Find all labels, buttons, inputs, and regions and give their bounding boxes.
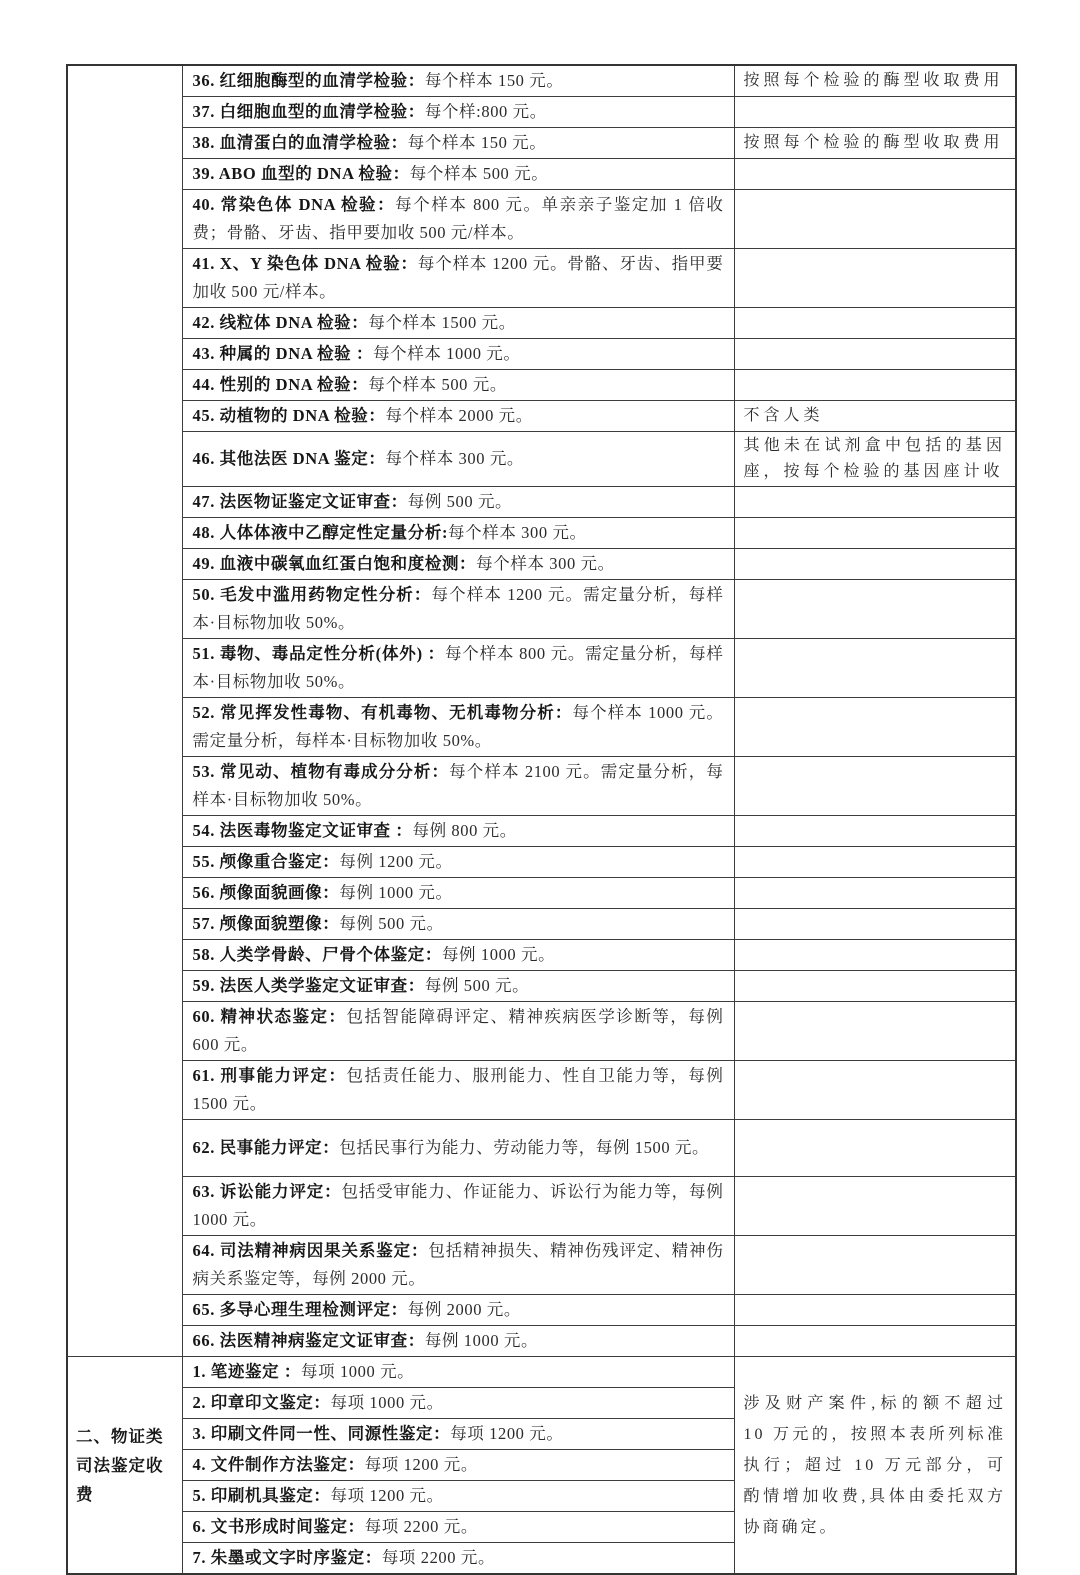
table-row: 48. 人体体液中乙醇定性定量分析:每个样本 300 元。 — [67, 518, 1016, 549]
note-cell — [734, 308, 1016, 339]
note-cell — [734, 698, 1016, 757]
note-cell — [734, 1061, 1016, 1120]
item-cell: 36. 红细胞酶型的血清学检验：每个样本 150 元。 — [182, 65, 734, 97]
item-cell: 60. 精神状态鉴定：包括智能障碍评定、精神疾病医学诊断等，每例 600 元。 — [182, 1002, 734, 1061]
table-row: 59. 法医人类学鉴定文证审查：每例 500 元。 — [67, 971, 1016, 1002]
note-cell-section2: 涉及财产案件,标的额不超过 10 万元的，按照本表所列标准执行；超过 10 万元… — [734, 1357, 1016, 1575]
category-cell-section2: 二、物证类司法鉴定收费 — [67, 1357, 182, 1575]
item-cell: 57. 颅像面貌塑像：每例 500 元。 — [182, 909, 734, 940]
item-body: 每项 2200 元。 — [365, 1517, 478, 1536]
item-head: 2. 印章印文鉴定： — [193, 1393, 331, 1412]
item-head: 45. 动植物的 DNA 检验： — [193, 406, 386, 425]
item-body: 每个样本 150 元。 — [425, 71, 564, 90]
note-cell — [734, 757, 1016, 816]
note-cell — [734, 249, 1016, 308]
item-body: 每个样本 1000 元。 — [373, 344, 520, 363]
item-cell: 58. 人类学骨龄、尸骨个体鉴定：每例 1000 元。 — [182, 940, 734, 971]
item-cell: 46. 其他法医 DNA 鉴定：每个样本 300 元。 — [182, 432, 734, 487]
item-cell: 6. 文书形成时间鉴定：每项 2200 元。 — [182, 1512, 734, 1543]
item-body: 每项 1000 元。 — [331, 1393, 444, 1412]
item-cell: 48. 人体体液中乙醇定性定量分析:每个样本 300 元。 — [182, 518, 734, 549]
item-cell: 49. 血液中碳氧血红蛋白饱和度检测：每个样本 300 元。 — [182, 549, 734, 580]
table-row: 60. 精神状态鉴定：包括智能障碍评定、精神疾病医学诊断等，每例 600 元。 — [67, 1002, 1016, 1061]
item-cell: 50. 毛发中滥用药物定性分析：每个样本 1200 元。需定量分析，每样本·目标… — [182, 580, 734, 639]
item-cell: 51. 毒物、毒品定性分析(体外) ：每个样本 800 元。需定量分析，每样本·… — [182, 639, 734, 698]
item-cell: 53. 常见动、植物有毒成分分析：每个样本 2100 元。需定量分析，每样本·目… — [182, 757, 734, 816]
item-head: 51. 毒物、毒品定性分析(体外) ： — [193, 644, 445, 663]
item-head: 65. 多导心理生理检测评定： — [193, 1300, 408, 1319]
item-head: 43. 种属的 DNA 检验 ： — [193, 344, 374, 363]
table-row: 66. 法医精神病鉴定文证审查：每例 1000 元。 — [67, 1326, 1016, 1357]
item-body: 每个样本 500 元。 — [410, 164, 549, 183]
item-body: 每例 2000 元。 — [408, 1300, 521, 1319]
item-head: 48. 人体体液中乙醇定性定量分析: — [193, 523, 449, 542]
note-cell — [734, 97, 1016, 128]
item-head: 44. 性别的 DNA 检验： — [193, 375, 369, 394]
item-cell: 52. 常见挥发性毒物、有机毒物、无机毒物分析：每个样本 1000 元。需定量分… — [182, 698, 734, 757]
table-row: 39. ABO 血型的 DNA 检验：每个样本 500 元。 — [67, 159, 1016, 190]
table-row: 63. 诉讼能力评定：包括受审能力、作证能力、诉讼行为能力等，每例 1000 元… — [67, 1177, 1016, 1236]
table-row: 62. 民事能力评定：包括民事行为能力、劳动能力等，每例 1500 元。 — [67, 1120, 1016, 1177]
item-cell: 2. 印章印文鉴定：每项 1000 元。 — [182, 1388, 734, 1419]
note-cell — [734, 1295, 1016, 1326]
item-body: 每项 1000 元。 — [301, 1362, 414, 1381]
table-row: 57. 颅像面貌塑像：每例 500 元。 — [67, 909, 1016, 940]
table-row: 47. 法医物证鉴定文证审查：每例 500 元。 — [67, 487, 1016, 518]
item-head: 58. 人类学骨龄、尸骨个体鉴定： — [193, 945, 442, 964]
note-cell — [734, 1177, 1016, 1236]
item-cell: 47. 法医物证鉴定文证审查：每例 500 元。 — [182, 487, 734, 518]
note-cell: 不含人类 — [734, 401, 1016, 432]
note-cell — [734, 971, 1016, 1002]
table-row: 49. 血液中碳氧血红蛋白饱和度检测：每个样本 300 元。 — [67, 549, 1016, 580]
item-head: 66. 法医精神病鉴定文证审查： — [193, 1331, 425, 1350]
item-body: 每个样本 300 元。 — [385, 449, 524, 468]
item-head: 54. 法医毒物鉴定文证审查 ： — [193, 821, 413, 840]
item-body: 每个样本 300 元。 — [448, 523, 587, 542]
item-cell: 44. 性别的 DNA 检验：每个样本 500 元。 — [182, 370, 734, 401]
item-cell: 7. 朱墨或文字时序鉴定：每项 2200 元。 — [182, 1543, 734, 1575]
table-row: 40. 常染色体 DNA 检验：每个样本 800 元。单亲亲子鉴定加 1 倍收费… — [67, 190, 1016, 249]
item-body: 每例 1000 元。 — [425, 1331, 538, 1350]
item-body: 每项 1200 元。 — [331, 1486, 444, 1505]
note-cell — [734, 159, 1016, 190]
note-cell — [734, 190, 1016, 249]
item-cell: 39. ABO 血型的 DNA 检验：每个样本 500 元。 — [182, 159, 734, 190]
table-row: 43. 种属的 DNA 检验 ：每个样本 1000 元。 — [67, 339, 1016, 370]
item-head: 40. 常染色体 DNA 检验： — [193, 195, 396, 214]
table-row: 46. 其他法医 DNA 鉴定：每个样本 300 元。 其他未在试剂盒中包括的基… — [67, 432, 1016, 487]
table-row: 52. 常见挥发性毒物、有机毒物、无机毒物分析：每个样本 1000 元。需定量分… — [67, 698, 1016, 757]
item-body: 每个样本 150 元。 — [408, 133, 547, 152]
note-cell — [734, 940, 1016, 971]
item-head: 5. 印刷机具鉴定： — [193, 1486, 331, 1505]
note-cell — [734, 370, 1016, 401]
item-head: 56. 颅像面貌画像： — [193, 883, 340, 902]
item-body: 每个样本 300 元。 — [476, 554, 615, 573]
note-cell — [734, 339, 1016, 370]
item-body: 每个样本 1500 元。 — [368, 313, 515, 332]
item-body: 包括民事行为能力、劳动能力等，每例 1500 元。 — [339, 1138, 709, 1157]
item-head: 4. 文件制作方法鉴定： — [193, 1455, 365, 1474]
note-cell — [734, 878, 1016, 909]
item-body: 每例 1000 元。 — [339, 883, 452, 902]
item-head: 55. 颅像重合鉴定： — [193, 852, 340, 871]
note-cell — [734, 909, 1016, 940]
note-cell — [734, 580, 1016, 639]
item-cell: 56. 颅像面貌画像：每例 1000 元。 — [182, 878, 734, 909]
item-body: 每例 1200 元。 — [339, 852, 452, 871]
table-row: 51. 毒物、毒品定性分析(体外) ：每个样本 800 元。需定量分析，每样本·… — [67, 639, 1016, 698]
note-cell — [734, 1120, 1016, 1177]
item-cell: 42. 线粒体 DNA 检验：每个样本 1500 元。 — [182, 308, 734, 339]
item-body: 每个样本 500 元。 — [368, 375, 507, 394]
note-cell — [734, 847, 1016, 878]
item-head: 49. 血液中碳氧血红蛋白饱和度检测： — [193, 554, 477, 573]
item-head: 59. 法医人类学鉴定文证审查： — [193, 976, 425, 995]
table-row: 61. 刑事能力评定：包括责任能力、服刑能力、性自卫能力等，每例 1500 元。 — [67, 1061, 1016, 1120]
item-cell: 66. 法医精神病鉴定文证审查：每例 1000 元。 — [182, 1326, 734, 1357]
note-cell — [734, 1002, 1016, 1061]
category-cell-section1 — [67, 65, 182, 1357]
table-row: 64. 司法精神病因果关系鉴定：包括精神损失、精神伤残评定、精神伤病关系鉴定等，… — [67, 1236, 1016, 1295]
item-head: 50. 毛发中滥用药物定性分析： — [193, 585, 432, 604]
item-body: 每项 1200 元。 — [365, 1455, 478, 1474]
document-page: 36. 红细胞酶型的血清学检验：每个样本 150 元。 按照每个检验的酶型收取费… — [0, 0, 1080, 1527]
table-row: 37. 白细胞血型的血清学检验：每个样:800 元。 — [67, 97, 1016, 128]
note-cell — [734, 518, 1016, 549]
item-cell: 65. 多导心理生理检测评定：每例 2000 元。 — [182, 1295, 734, 1326]
item-head: 36. 红细胞酶型的血清学检验： — [193, 71, 425, 90]
item-head: 60. 精神状态鉴定： — [193, 1007, 347, 1026]
item-body: 每例 500 元。 — [425, 976, 529, 995]
note-cell: 按照每个检验的酶型收取费用 — [734, 65, 1016, 97]
item-head: 63. 诉讼能力评定： — [193, 1182, 342, 1201]
item-head: 42. 线粒体 DNA 检验： — [193, 313, 369, 332]
note-cell — [734, 487, 1016, 518]
table-row: 36. 红细胞酶型的血清学检验：每个样本 150 元。 按照每个检验的酶型收取费… — [67, 65, 1016, 97]
table-row: 58. 人类学骨龄、尸骨个体鉴定：每例 1000 元。 — [67, 940, 1016, 971]
item-cell: 1. 笔迹鉴定 ：每项 1000 元。 — [182, 1357, 734, 1388]
item-cell: 62. 民事能力评定：包括民事行为能力、劳动能力等，每例 1500 元。 — [182, 1120, 734, 1177]
item-head: 47. 法医物证鉴定文证审查： — [193, 492, 408, 511]
table-row: 55. 颅像重合鉴定：每例 1200 元。 — [67, 847, 1016, 878]
item-head: 57. 颅像面貌塑像： — [193, 914, 340, 933]
item-cell: 45. 动植物的 DNA 检验：每个样本 2000 元。 — [182, 401, 734, 432]
item-body: 每例 500 元。 — [408, 492, 512, 511]
note-cell — [734, 1236, 1016, 1295]
item-cell: 4. 文件制作方法鉴定：每项 1200 元。 — [182, 1450, 734, 1481]
item-cell: 3. 印刷文件同一性、同源性鉴定：每项 1200 元。 — [182, 1419, 734, 1450]
item-cell: 59. 法医人类学鉴定文证审查：每例 500 元。 — [182, 971, 734, 1002]
table-row: 42. 线粒体 DNA 检验：每个样本 1500 元。 — [67, 308, 1016, 339]
item-cell: 5. 印刷机具鉴定：每项 1200 元。 — [182, 1481, 734, 1512]
note-cell — [734, 1326, 1016, 1357]
item-cell: 64. 司法精神病因果关系鉴定：包括精神损失、精神伤残评定、精神伤病关系鉴定等，… — [182, 1236, 734, 1295]
table-row: 50. 毛发中滥用药物定性分析：每个样本 1200 元。需定量分析，每样本·目标… — [67, 580, 1016, 639]
table-row: 53. 常见动、植物有毒成分分析：每个样本 2100 元。需定量分析，每样本·目… — [67, 757, 1016, 816]
item-body: 每例 800 元。 — [412, 821, 516, 840]
item-body: 每项 1200 元。 — [450, 1424, 563, 1443]
item-head: 37. 白细胞血型的血清学检验： — [193, 102, 425, 121]
item-head: 46. 其他法医 DNA 鉴定： — [193, 449, 386, 468]
item-cell: 63. 诉讼能力评定：包括受审能力、作证能力、诉讼行为能力等，每例 1000 元… — [182, 1177, 734, 1236]
table-row: 二、物证类司法鉴定收费 1. 笔迹鉴定 ：每项 1000 元。 涉及财产案件,标… — [67, 1357, 1016, 1388]
item-head: 3. 印刷文件同一性、同源性鉴定： — [193, 1424, 451, 1443]
item-cell: 55. 颅像重合鉴定：每例 1200 元。 — [182, 847, 734, 878]
table-row: 44. 性别的 DNA 检验：每个样本 500 元。 — [67, 370, 1016, 401]
item-body: 每项 2200 元。 — [382, 1548, 495, 1567]
table-row: 65. 多导心理生理检测评定：每例 2000 元。 — [67, 1295, 1016, 1326]
table-row: 56. 颅像面貌画像：每例 1000 元。 — [67, 878, 1016, 909]
item-head: 61. 刑事能力评定： — [193, 1066, 347, 1085]
item-head: 53. 常见动、植物有毒成分分析： — [193, 762, 450, 781]
item-body: 每例 1000 元。 — [442, 945, 555, 964]
item-body: 每例 500 元。 — [339, 914, 443, 933]
item-head: 7. 朱墨或文字时序鉴定： — [193, 1548, 382, 1567]
item-cell: 37. 白细胞血型的血清学检验：每个样:800 元。 — [182, 97, 734, 128]
table-row: 45. 动植物的 DNA 检验：每个样本 2000 元。 不含人类 — [67, 401, 1016, 432]
item-head: 1. 笔迹鉴定 ： — [193, 1362, 302, 1381]
note-cell — [734, 549, 1016, 580]
note-cell: 其他未在试剂盒中包括的基因座，按每个检验的基因座计收 — [734, 432, 1016, 487]
item-head: 38. 血清蛋白的血清学检验： — [193, 133, 408, 152]
fee-table: 36. 红细胞酶型的血清学检验：每个样本 150 元。 按照每个检验的酶型收取费… — [66, 64, 1017, 1575]
item-head: 39. ABO 血型的 DNA 检验： — [193, 164, 410, 183]
item-body: 每个样本 2000 元。 — [385, 406, 532, 425]
item-cell: 61. 刑事能力评定：包括责任能力、服刑能力、性自卫能力等，每例 1500 元。 — [182, 1061, 734, 1120]
table-row: 38. 血清蛋白的血清学检验：每个样本 150 元。 按照每个检验的酶型收取费用 — [67, 128, 1016, 159]
item-cell: 43. 种属的 DNA 检验 ：每个样本 1000 元。 — [182, 339, 734, 370]
item-head: 41. X、Y 染色体 DNA 检验： — [193, 254, 418, 273]
item-head: 62. 民事能力评定： — [193, 1138, 340, 1157]
note-cell — [734, 639, 1016, 698]
item-head: 64. 司法精神病因果关系鉴定： — [193, 1241, 429, 1260]
item-head: 52. 常见挥发性毒物、有机毒物、无机毒物分析： — [193, 703, 573, 722]
item-cell: 38. 血清蛋白的血清学检验：每个样本 150 元。 — [182, 128, 734, 159]
item-body: 每个样:800 元。 — [425, 102, 547, 121]
item-cell: 41. X、Y 染色体 DNA 检验：每个样本 1200 元。骨骼、牙齿、指甲要… — [182, 249, 734, 308]
note-cell: 按照每个检验的酶型收取费用 — [734, 128, 1016, 159]
table-row: 54. 法医毒物鉴定文证审查 ：每例 800 元。 — [67, 816, 1016, 847]
note-cell — [734, 816, 1016, 847]
item-cell: 54. 法医毒物鉴定文证审查 ：每例 800 元。 — [182, 816, 734, 847]
item-head: 6. 文书形成时间鉴定： — [193, 1517, 365, 1536]
item-cell: 40. 常染色体 DNA 检验：每个样本 800 元。单亲亲子鉴定加 1 倍收费… — [182, 190, 734, 249]
table-row: 41. X、Y 染色体 DNA 检验：每个样本 1200 元。骨骼、牙齿、指甲要… — [67, 249, 1016, 308]
